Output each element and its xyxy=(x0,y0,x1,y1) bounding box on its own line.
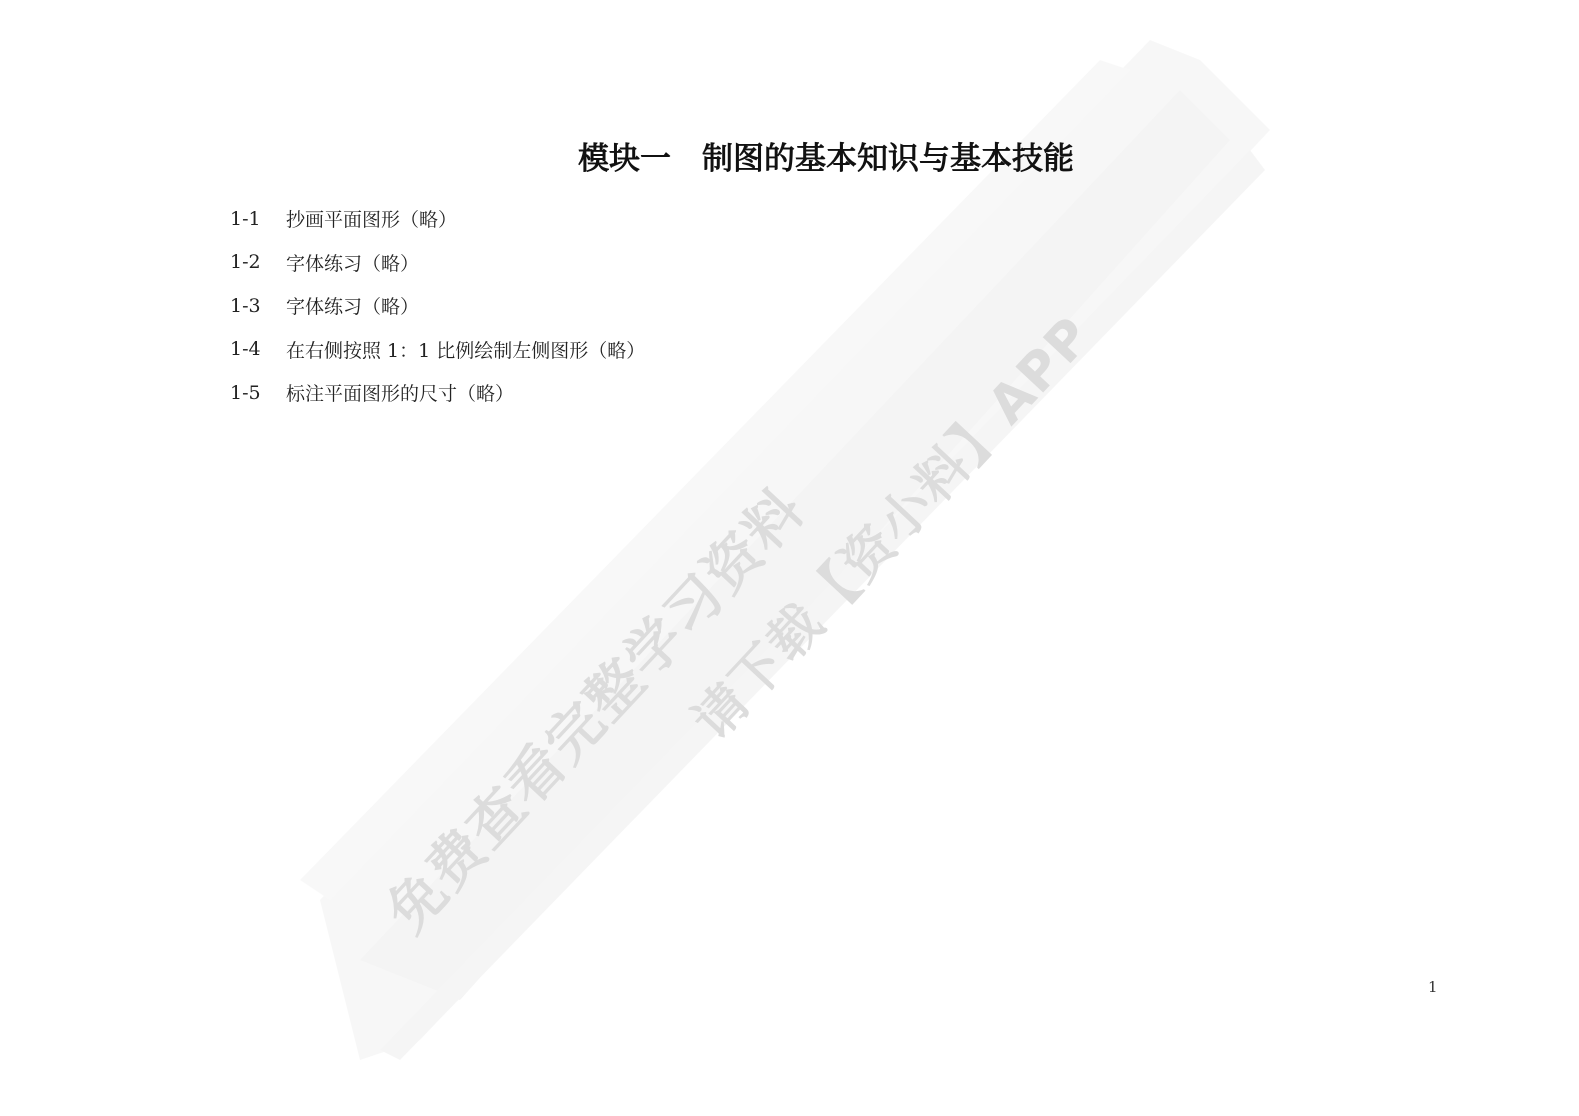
toc-item: 1-1 抄画平面图形（略） xyxy=(230,197,645,241)
toc-item: 1-3 字体练习（略） xyxy=(230,284,645,328)
toc-item-number: 1-3 xyxy=(230,295,286,317)
toc-item-text: 在右侧按照 1：1 比例绘制左侧图形（略） xyxy=(286,336,645,363)
toc-item-number: 1-1 xyxy=(230,208,286,230)
toc-item-number: 1-4 xyxy=(230,338,286,360)
toc-item: 1-5 标注平面图形的尺寸（略） xyxy=(230,371,645,415)
table-of-contents: 1-1 抄画平面图形（略） 1-2 字体练习（略） 1-3 字体练习（略） 1-… xyxy=(230,197,645,415)
toc-item-text: 字体练习（略） xyxy=(286,292,419,319)
toc-item: 1-2 字体练习（略） xyxy=(230,241,645,285)
toc-item-text: 抄画平面图形（略） xyxy=(286,205,457,232)
toc-item-text: 标注平面图形的尺寸（略） xyxy=(286,379,514,406)
page-title: 模块一 制图的基本知识与基本技能 xyxy=(578,133,1074,178)
toc-item-number: 1-5 xyxy=(230,382,286,404)
watermark-line-1: 免费查看完整学习资料 xyxy=(366,469,820,948)
watermark-line-2: 请下载【资小料】APP xyxy=(673,296,1106,753)
toc-item: 1-4 在右侧按照 1：1 比例绘制左侧图形（略） xyxy=(230,328,645,372)
toc-item-number: 1-2 xyxy=(230,251,286,273)
page-number: 1 xyxy=(1428,978,1438,996)
toc-item-text: 字体练习（略） xyxy=(286,249,419,276)
